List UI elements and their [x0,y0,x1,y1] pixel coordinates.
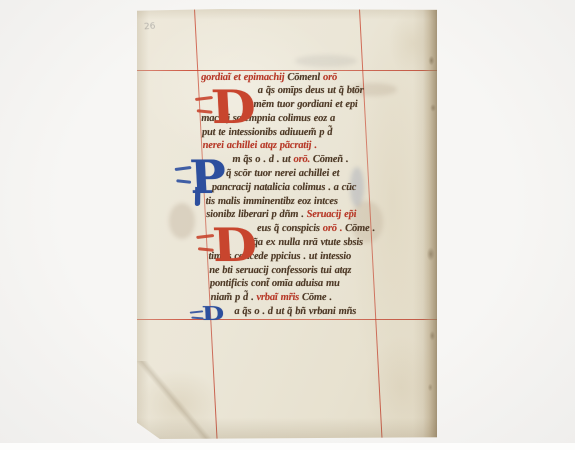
text-segment: orō [323,72,338,83]
ruled-text-area: gordiaĩ et epimachij Cōmenl orōa q̃s omī… [137,9,460,439]
manuscript-leaf: 26 gordiaĩ et epimachij Cōmenl orōa q̃s … [137,9,437,439]
text-line: m q̃s o . d . ut orō. Cōmeñ . [203,153,372,167]
text-segment: a q̃s o . d ut q̃ bñ vrbani mñs [234,306,356,317]
text-line: pontificis cont̃ omīa aduisa mu [210,277,379,291]
text-line: tis malis imminentibz eoz intces [205,195,374,209]
illuminated-initial-P: P [189,154,228,200]
text-segment: Cōme . [299,292,332,303]
text-line: q̃ scōr tuor nerei achillei et [204,167,373,181]
text-segment: mēm tuor gordiani et epi [253,99,358,110]
text-segment: orō . [323,223,346,234]
text-segment: Cōmeñ . [313,154,349,165]
text-segment: q̃a ex nulla nrā vtute sbsis [252,237,363,248]
initial-descender-stem [195,186,201,205]
text-segment: orō. [293,154,313,165]
text-segment: m q̃s o . d . ut [232,154,294,165]
text-line: pancracij natalicia colimus . a cūc [205,181,374,195]
text-segment: Cōme . [345,223,375,234]
photo-background: 26 gordiaĩ et epimachij Cōmenl orōa q̃s … [0,0,575,450]
illuminated-initial-D: D [211,222,258,268]
text-segment: pontificis cont̃ omīa aduisa mu [210,278,340,289]
text-segment: vrbaĩ mr̃is [256,292,299,303]
leaf-fore-edge [423,9,437,439]
text-line: nerei achillei atqz pãcratij . [202,139,371,153]
text-segment: pancracij natalicia colimus . a cūc [212,182,357,193]
illuminated-initial-D: D [202,305,225,324]
illuminated-initial-D: D [210,84,257,130]
text-segment: niam̃ p d̃ . [210,292,256,303]
text-segment: Cōmenl [284,72,323,83]
photo-bottom-strip [0,443,575,450]
text-segment: a q̃s omīps deus ut q̃ btōr [257,85,363,96]
text-segment: Seruacij ep̃i [306,209,356,220]
text-line: a q̃s o . d ut q̃ bñ vrbani mñs [211,305,380,319]
text-segment: eus q̃ conspicis [257,223,323,234]
text-line: niam̃ p d̃ . vrbaĩ mr̃is Cōme . [210,291,379,305]
text-segment: q̃ scōr tuor nerei achillei et [226,168,340,179]
